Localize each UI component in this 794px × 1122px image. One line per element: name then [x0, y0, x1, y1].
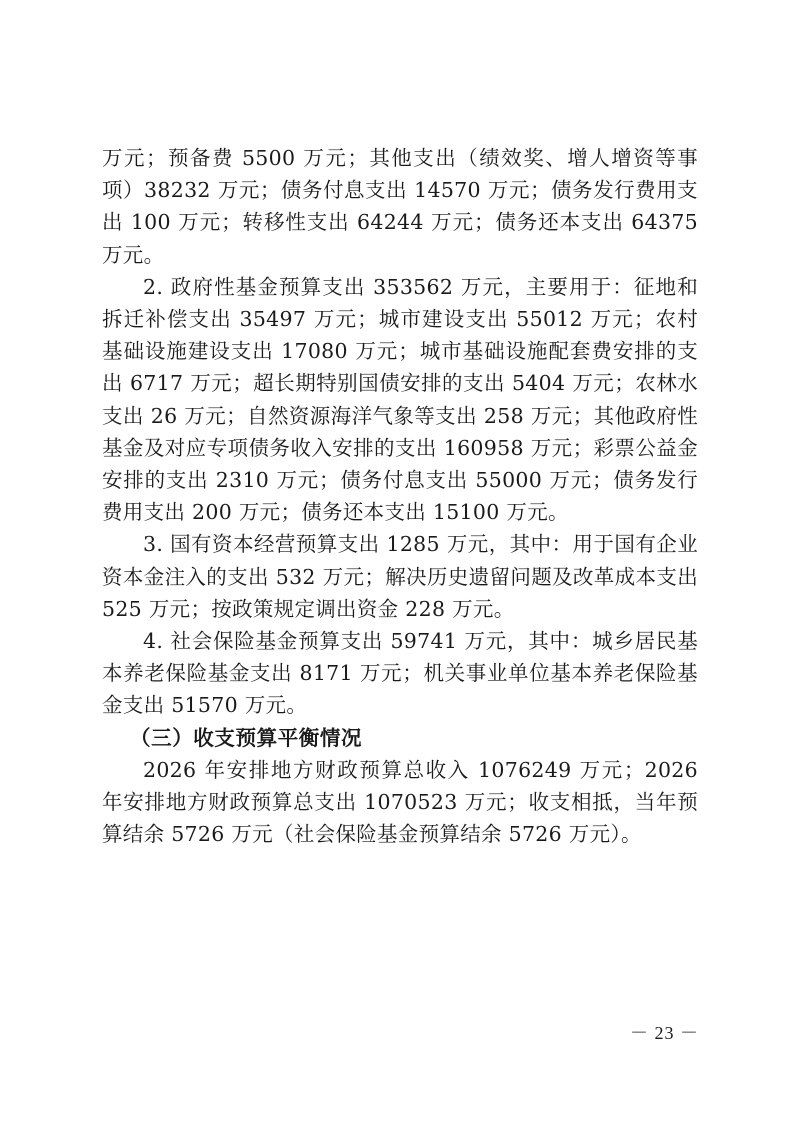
paragraph-social-insurance-expenditure: 4. 社会保险基金预算支出 59741 万元，其中：城乡居民基本养老保险基金支出… [102, 625, 698, 722]
page-number: － 23 － [630, 1019, 699, 1045]
paragraph-government-fund-expenditure: 2. 政府性基金预算支出 353562 万元，主要用于：征地和拆迁补偿支出 35… [102, 271, 698, 529]
section-heading-budget-balance: （三）收支预算平衡情况 [102, 722, 698, 754]
paragraph-budget-balance: 2026 年安排地方财政预算总收入 1076249 万元；2026 年安排地方财… [102, 754, 698, 851]
document-page: 万元；预备费 5500 万元；其他支出（绩效奖、增人增资等事项）38232 万元… [0, 0, 794, 1122]
document-body: 万元；预备费 5500 万元；其他支出（绩效奖、增人增资等事项）38232 万元… [102, 142, 698, 850]
paragraph-general-budget-continuation: 万元；预备费 5500 万元；其他支出（绩效奖、增人增资等事项）38232 万元… [102, 142, 698, 271]
paragraph-state-capital-expenditure: 3. 国有资本经营预算支出 1285 万元，其中：用于国有企业资本金注入的支出 … [102, 528, 698, 625]
